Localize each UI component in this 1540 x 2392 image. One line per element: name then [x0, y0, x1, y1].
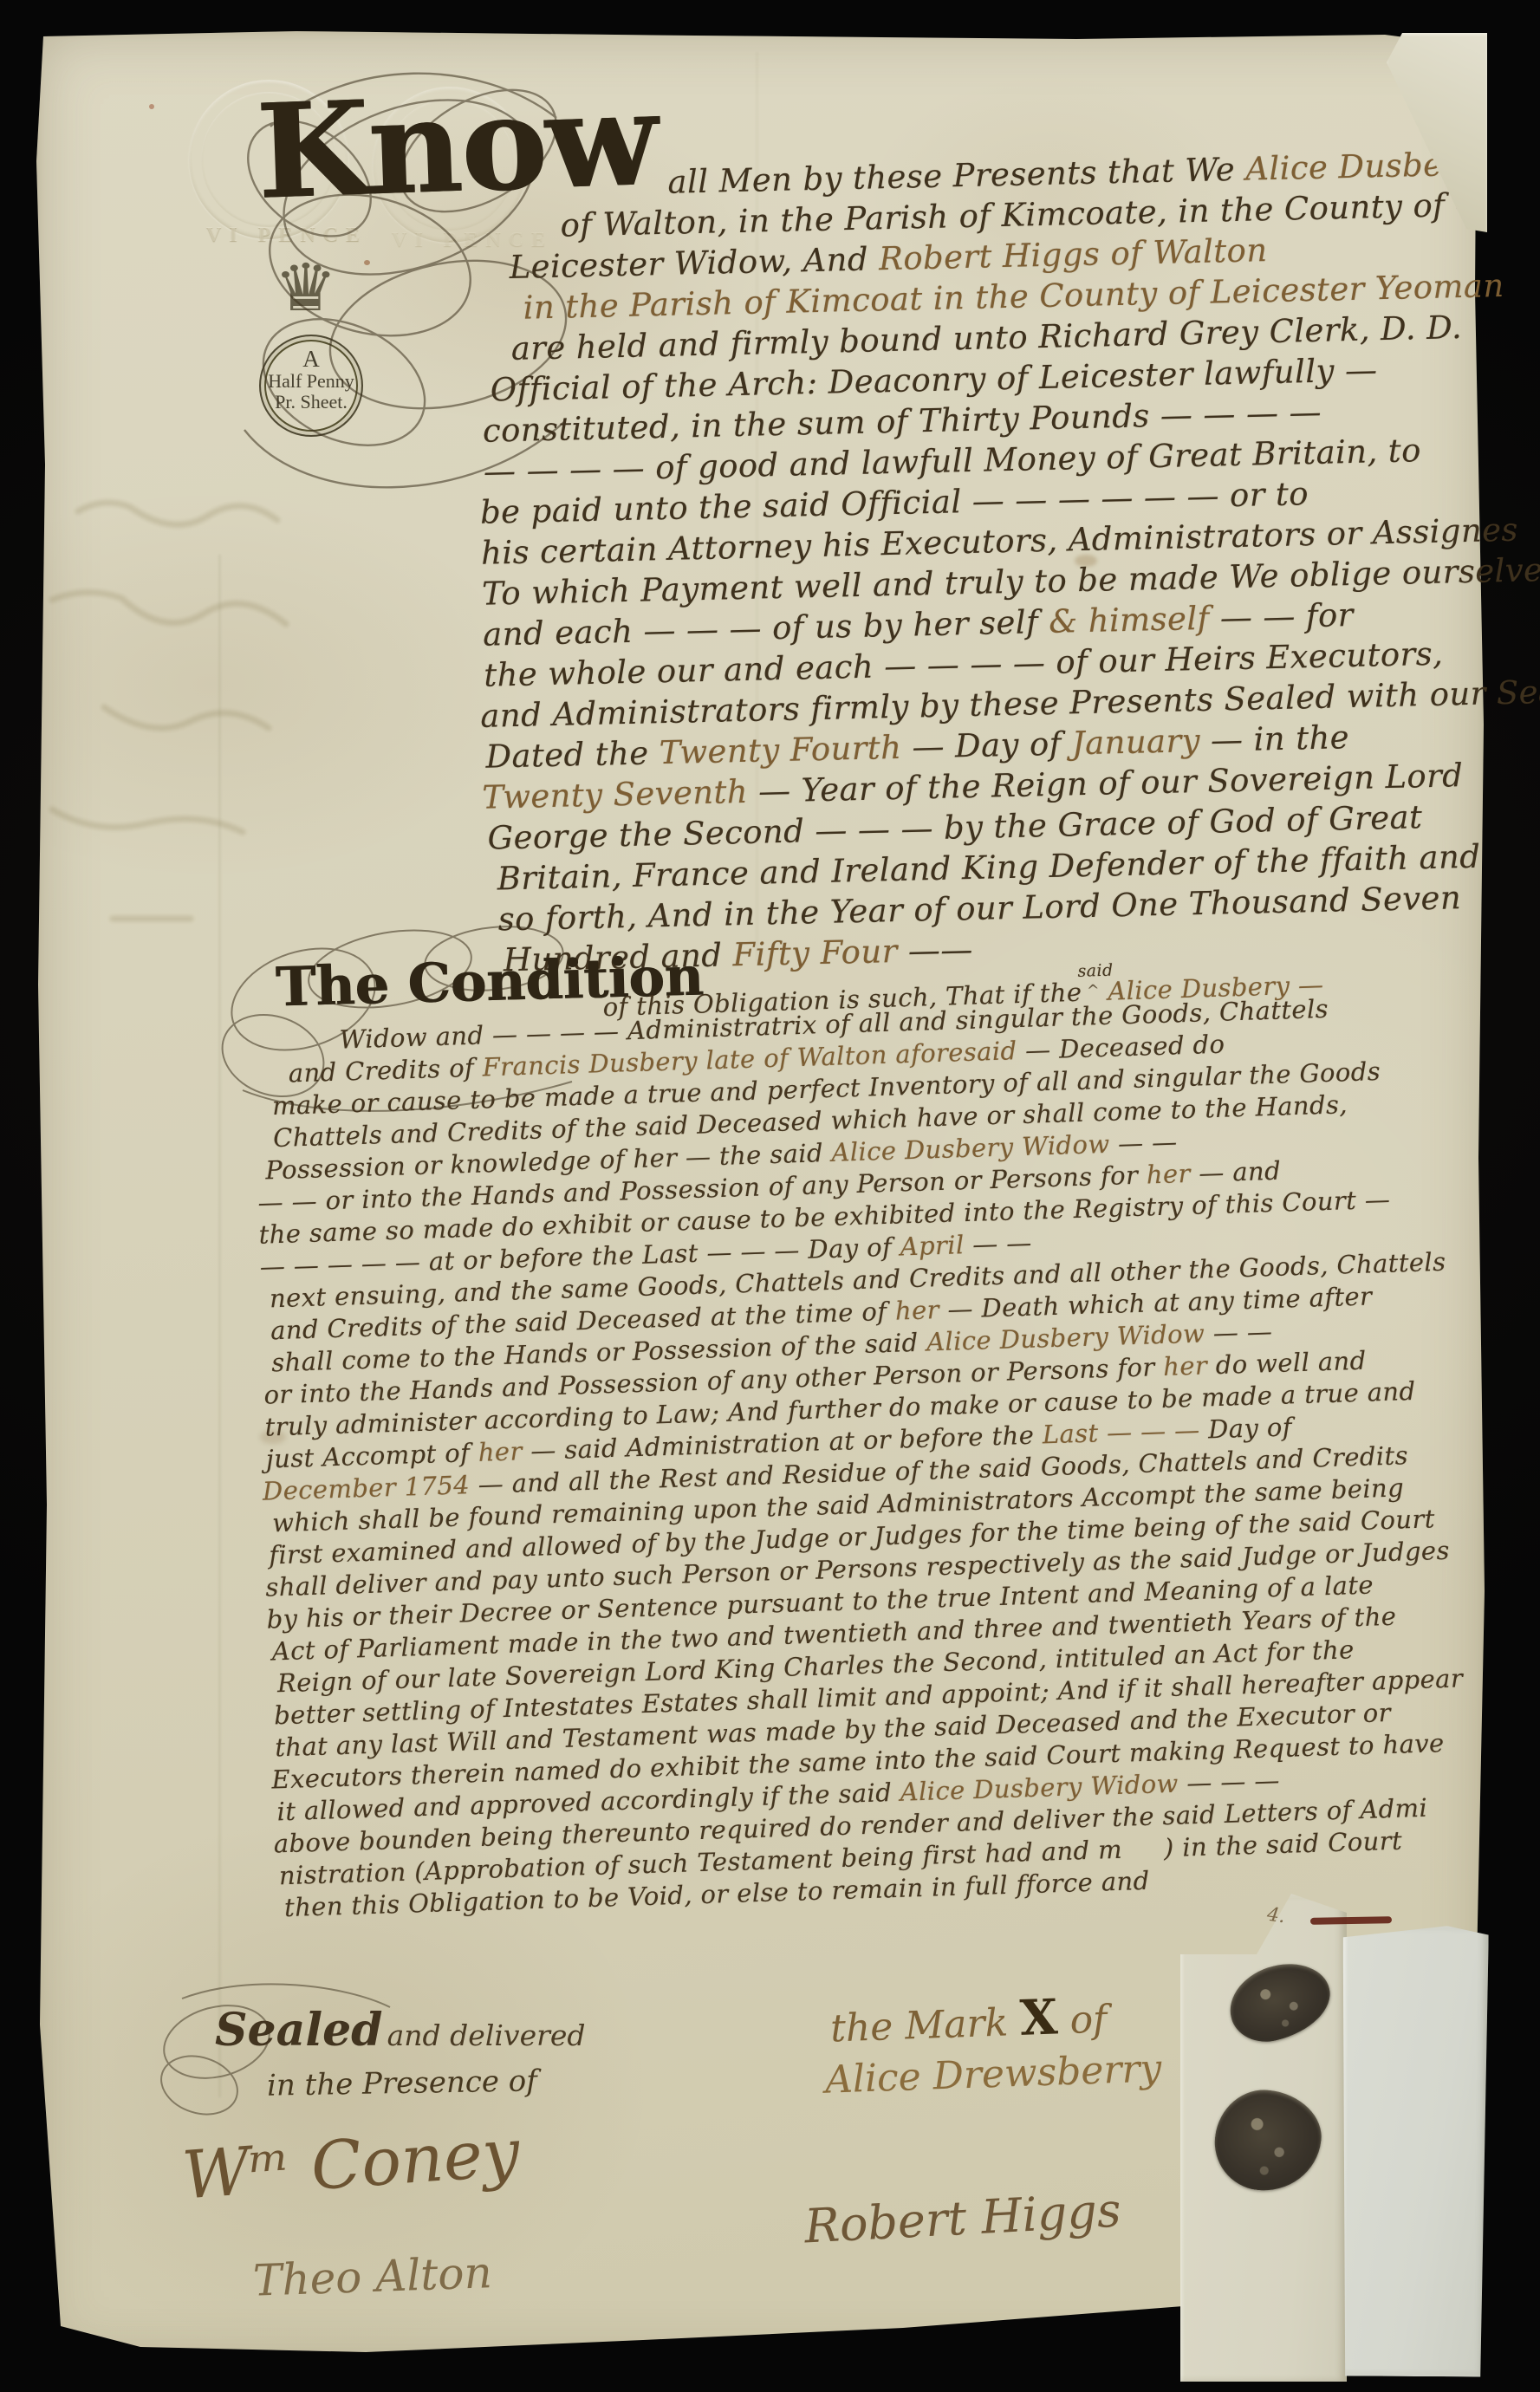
sealed-rest: and delivered — [387, 2018, 586, 2052]
manuscript-text-segment: Leicester Widow, And — [509, 240, 879, 286]
manuscript-text-segment: —— — [897, 931, 973, 970]
flap-note: 4. — [1265, 1904, 1286, 1928]
caret-mark: ^ — [1087, 975, 1101, 1007]
paper-stain — [149, 104, 154, 109]
manuscript-text-segment: — Deceased do — [1017, 1030, 1225, 1066]
manuscript-text-segment: her — [894, 1295, 939, 1326]
manuscript-text-segment: — Day of — [901, 725, 1073, 765]
manuscript-text-segment: just Accompt of — [265, 1438, 478, 1474]
manuscript-text-segment: Twenty Seventh — [482, 773, 748, 816]
mark-post: of — [1069, 1997, 1108, 2042]
ghost-showthrough-writing — [35, 468, 295, 953]
mark-pre: the Mark — [829, 2000, 1009, 2051]
manuscript-text-segment: April — [900, 1230, 965, 1261]
signature-mark-x: X — [1019, 1988, 1059, 2046]
mark-line: the Mark X of — [829, 1986, 1108, 2053]
sealed-word: Sealed — [215, 2004, 383, 2057]
manuscript-text-segment: — — — — [1178, 1765, 1280, 1798]
manuscript-text-segment: her — [1163, 1350, 1208, 1381]
witness-signature-2: Theo Alton — [252, 2247, 492, 2306]
manuscript-text-segment: Dated the — [485, 734, 660, 776]
manuscript-text-segment: her — [1146, 1159, 1191, 1190]
manuscript-text-segment: — — — [964, 1228, 1032, 1259]
manuscript-text-segment: Fifty Four — [732, 933, 898, 973]
manuscript-text-segment: Day of — [1199, 1412, 1292, 1444]
manuscript-text-segment: her — [478, 1436, 523, 1467]
red-ink-mark — [1310, 1916, 1392, 1925]
manuscript-photo: VI PENCE VI PENCE ♛ A Half Penny Pr. She… — [0, 0, 1540, 2392]
manuscript-text-segment: December 1754 — [262, 1470, 470, 1505]
caret-insertion: said^ — [1081, 968, 1108, 1001]
manuscript-text-segment: — — for — [1209, 596, 1354, 637]
manuscript-text-segment: — — — [1205, 1316, 1273, 1348]
manuscript-text-segment: — — — [1109, 1127, 1178, 1158]
opening-paragraph: all Men by these Presents that We Alice … — [468, 143, 1526, 981]
manuscript-text-segment: — and — [1190, 1156, 1281, 1188]
presence-line: in the Presence of — [267, 2064, 537, 2103]
manuscript-text-segment: Robert Higgs of Walton — [879, 231, 1268, 277]
manuscript-text-segment: January — [1071, 722, 1200, 762]
manuscript-text-segment: — in the — [1199, 718, 1349, 759]
manuscript-text-segment: and Credits of — [288, 1053, 483, 1089]
manuscript-text-segment: & himself — [1049, 600, 1210, 640]
sealed-line: Sealed and delivered — [215, 2004, 586, 2057]
manuscript-text-segment: Twenty Fourth — [659, 729, 902, 771]
manuscript-text-segment: do well and — [1207, 1346, 1368, 1381]
condition-paragraph: of this Obligation is such, That if thes… — [247, 955, 1540, 1924]
manuscript-text-segment: Last — — — — [1042, 1415, 1200, 1450]
paper-flap-backing — [1340, 1925, 1489, 2376]
condition-lines: Widow and — — — — Administratrix of all … — [248, 987, 1540, 1924]
